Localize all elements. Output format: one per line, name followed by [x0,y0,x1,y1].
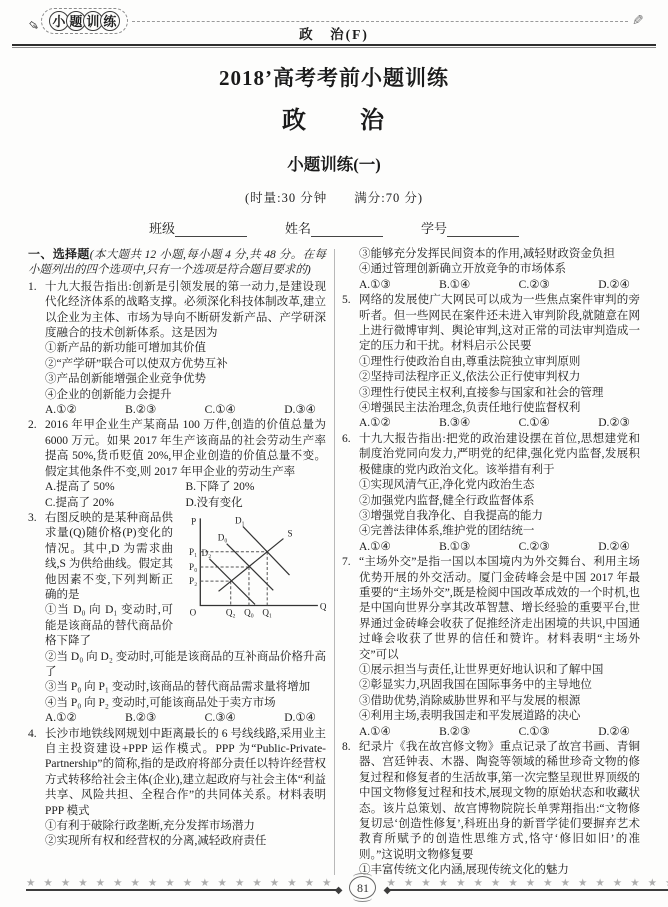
question-1-item: ②“产学研”联合可以使双方优势互补 [45,357,326,372]
option-d: D.①④ [284,711,316,726]
question-4: 4. 长沙市地铁线网规划中距离最长的 6 号线线路,采用业主自主投资建设+PPP… [28,727,326,850]
question-3-item: ③当 P₀ 向 P₁ 变动时,该商品的替代商品需求量将增加 [45,680,326,695]
question-5-item: ②坚持司法程序正义,依法公正行使审判权力 [359,370,640,385]
question-8: 8. 纪录片《我在故宫修文物》重点记录了故宫书画、青铜器、宫廷钟表、木器、陶瓷等… [342,740,640,879]
diamond-icon: ◆ [383,885,391,896]
question-5-item: ①理性行使政治自由,尊重法院独立审判原则 [359,355,640,370]
question-1: 1. 十九大报告指出:创新是引领发展的第一动力,是建设现代化经济体系的战略支撑。… [28,280,326,419]
question-5-options: A.①② B.③④ C.①④ D.②③ [359,416,640,431]
option-d: D.②④ [598,725,630,740]
question-4-number: 4. [28,727,37,742]
question-7-item: ③借助优势,消除威胁世界和平与发展的根源 [359,694,640,709]
question-7-item: ②彰显实力,巩固我国在国际事务中的主导地位 [359,678,640,693]
option-c: C.①④ [205,403,236,418]
question-1-stem: 十九大报告指出:创新是引领发展的第一动力,是建设现代化经济体系的战略支撑。必须深… [45,280,326,342]
p1-tick: P₁ [189,547,197,557]
q1-tick: Q₁ [262,608,272,618]
option-b: B.②③ [125,711,156,726]
main-title: 2018’高考考前小题训练 [0,62,668,92]
option-a: A.①② [45,403,77,418]
d1-label: D₁ [235,515,245,525]
d2-label: D₂ [202,548,212,558]
class-label: 班级 [149,221,175,236]
option-c: C.①④ [519,416,550,431]
left-column: 一、选择题(本大题共 12 小题,每小题 4 分,共 48 分。在每小题列出的四… [28,247,326,881]
number-field: 学号 [421,218,519,237]
question-5-stem: 网络的发展使广大网民可以成为一些焦点案件审判的旁听者。但一些网民在案件还未进入审… [359,293,640,355]
option-a: A.①② [45,711,77,726]
section-title: 一、选择题 [28,247,90,261]
option-a: A.提高了 50% [45,480,186,495]
question-6-item: ③增强党自我净化、自我提高的能力 [359,509,640,524]
question-2-stem: 2016 年甲企业生产某商品 100 万件,创造的价值总量为 6000 万元。如… [45,418,326,480]
question-4-item: ④通过管理创新确立开放竞争的市场体系 [359,262,640,277]
student-fields: 班级 姓名 学号 [0,218,668,237]
question-6-item: ④完善法律体系,维护党的团结统一 [359,524,640,539]
q2-tick: Q₂ [226,608,236,618]
option-b: B.下降了 20% [186,480,327,495]
question-1-item: ③产品创新能增强企业竞争优势 [45,372,326,387]
question-3-options: A.①② B.②③ C.③④ D.①④ [45,711,326,726]
number-label: 学号 [421,221,447,236]
footer-rule-left: ★★★★★★★★★★★★★★★★★★ ◆ [26,877,339,891]
question-4-item: ③能够充分发挥民间资本的作用,减轻财政资金负担 [359,247,640,262]
name-field: 姓名 [285,218,383,237]
option-a: A.①③ [359,278,391,293]
question-1-options: A.①② B.②③ C.①④ D.③④ [45,403,326,418]
column-divider [334,249,335,875]
option-c: C.②③ [519,278,550,293]
dash-rule [132,21,628,22]
subject-header: 政 治(F) [0,23,668,43]
supply-demand-graph: P Q O S D₁ D₀ D₂ P₁ P₀ P₂ Q₂ Q₀ Q₁ [178,512,326,626]
subject-title: 政 治 [0,100,668,135]
option-c: C.②③ [519,540,550,555]
question-4-stem: 长沙市地铁线网规划中距离最长的 6 号线线路,采用业主自主投资建设+PPP 运作… [45,727,326,819]
section-header: 一、选择题(本大题共 12 小题,每小题 4 分,共 48 分。在每小题列出的四… [28,247,326,279]
p0-tick: P₀ [189,562,197,572]
option-d: D.③④ [284,403,316,418]
origin-label: O [190,608,197,618]
question-4-item: ①有利于破除行政垄断,充分发挥市场潜力 [45,819,326,834]
question-2-options: A.提高了 50% B.下降了 20% C.提高了 20% D.没有变化 [45,480,326,511]
question-6: 6. 十九大报告指出:把党的政治建设摆在首位,思想建党和制度治党同向发力,严明党… [342,432,640,555]
option-c: C.提高了 20% [45,496,186,511]
option-d: D.②④ [598,540,630,555]
question-5: 5. 网络的发展使广大网民可以成为一些焦点案件审判的旁听者。但一些网民在案件还未… [342,293,640,432]
header-rule [12,44,656,48]
set-title: 小题训练(一) [0,151,668,175]
option-d: D.没有变化 [186,496,327,511]
question-3-number: 3. [28,511,37,526]
question-6-options: A.①④ B.①③ C.②③ D.②④ [359,540,640,555]
option-c: C.③④ [205,711,236,726]
demand-curve-d1 [243,526,290,575]
question-4-continued: ③能够充分发挥民间资本的作用,减轻财政资金负担 ④通过管理创新确立开放竞争的市场… [342,247,640,293]
option-b: B.②③ [439,725,470,740]
question-7-options: A.①④ B.②③ C.①③ D.②④ [359,725,640,740]
question-6-item: ②加强党内监督,健全行政监督体系 [359,494,640,509]
footer-rule-right: ★★★★★★★★★★★★★★★★★★ ◆ [386,877,668,891]
d0-label: D₀ [218,533,228,543]
question-5-number: 5. [342,293,351,308]
p2-tick: P₂ [189,576,197,586]
question-7-stem: “主场外交”是指一国以本国境内为外交舞台、利用主场优势开展的外交活动。厦门金砖峰… [359,555,640,663]
question-8-stem: 纪录片《我在故宫修文物》重点记录了故宫书画、青铜器、宫廷钟表、木器、陶瓷等领域的… [359,740,640,863]
option-c: C.①③ [519,725,550,740]
masthead: ✑ 小 题 训 练 ✎ 政 治(F) [0,0,668,48]
question-5-item: ④增强民主法治理念,负责任地行使监督权利 [359,401,640,416]
question-1-number: 1. [28,280,37,295]
diamond-icon: ◆ [335,885,343,896]
exam-page: ✑ 小 题 训 练 ✎ 政 治(F) 2018’高考考前小题训练 政 治 小题训… [0,0,668,907]
body-columns: 一、选择题(本大题共 12 小题,每小题 4 分,共 48 分。在每小题列出的四… [0,247,668,881]
name-label: 姓名 [285,221,311,236]
option-a: A.①② [359,416,391,431]
question-7: 7. “主场外交”是指一国以本国境内为外交舞台、利用主场优势开展的外交活动。厦门… [342,555,640,740]
question-4-options: A.①③ B.①④ C.②③ D.②④ [359,278,640,293]
option-d: D.②③ [598,416,630,431]
question-2-number: 2. [28,418,37,433]
star-row-left: ★★★★★★★★★★★★★★★★★★ [26,877,339,889]
title-block: 2018’高考考前小题训练 政 治 小题训练(一) (时量:30 分钟 满分:7… [0,62,668,237]
class-blank[interactable] [175,224,247,237]
page-number: 81 [349,876,376,899]
page-footer: ★★★★★★★★★★★★★★★★★★ ◆ 81 ★★★★★★★★★★★★★★★★… [0,876,668,891]
question-1-item: ④企业的创新能力会提升 [45,388,326,403]
x-axis-label: Q [320,601,326,611]
option-a: A.①④ [359,540,391,555]
axes [200,518,318,605]
question-7-item: ④利用主场,表明我国走和平发展道路的决心 [359,709,640,724]
option-b: B.①④ [439,278,470,293]
supply-label: S [287,528,292,538]
question-3-item: ②当 D₀ 向 D₂ 变动时,可能是该商品的互补商品价格升高了 [45,650,326,681]
option-b: B.①③ [439,540,470,555]
question-6-item: ①实现风清气正,净化党内政治生态 [359,478,640,493]
question-7-item: ①展示担当与责任,让世界更好地认识和了解中国 [359,663,640,678]
class-field: 班级 [149,218,247,237]
question-8-number: 8. [342,740,351,755]
question-5-item: ③理性行使民主权利,直接参与国家和社会的管理 [359,386,640,401]
page-number-wrap: 81 [349,876,376,899]
name-blank[interactable] [311,224,383,237]
option-d: D.②④ [598,278,630,293]
option-b: B.③④ [439,416,470,431]
question-1-item: ①新产品的新功能可增加其价值 [45,341,326,356]
number-blank[interactable] [447,224,519,237]
star-row-right: ★★★★★★★★★★★★★★★★★★ [386,877,668,889]
y-axis-label: P [191,516,196,526]
option-a: A.①④ [359,725,391,740]
q0-tick: Q₀ [244,608,254,618]
question-7-number: 7. [342,555,351,570]
question-6-number: 6. [342,432,351,447]
question-4-item: ②实现所有权和经营权的分离,减轻政府责任 [45,834,326,849]
supply-curve [219,538,284,591]
right-column: ③能够充分发挥民间资本的作用,减轻财政资金负担 ④通过管理创新确立开放竞争的市场… [342,247,640,881]
option-b: B.②③ [125,403,156,418]
exam-meta: (时量:30 分钟 满分:70 分) [0,188,668,206]
question-3: 3. P [28,511,326,727]
question-2: 2. 2016 年甲企业生产某商品 100 万件,创造的价值总量为 6000 万… [28,418,326,510]
question-3-item: ④当 P₀ 向 P₂ 变动时,可能该商品处于卖方市场 [45,696,326,711]
question-6-stem: 十九大报告指出:把党的政治建设摆在首位,思想建党和制度治党同向发力,严明党的纪律… [359,432,640,478]
